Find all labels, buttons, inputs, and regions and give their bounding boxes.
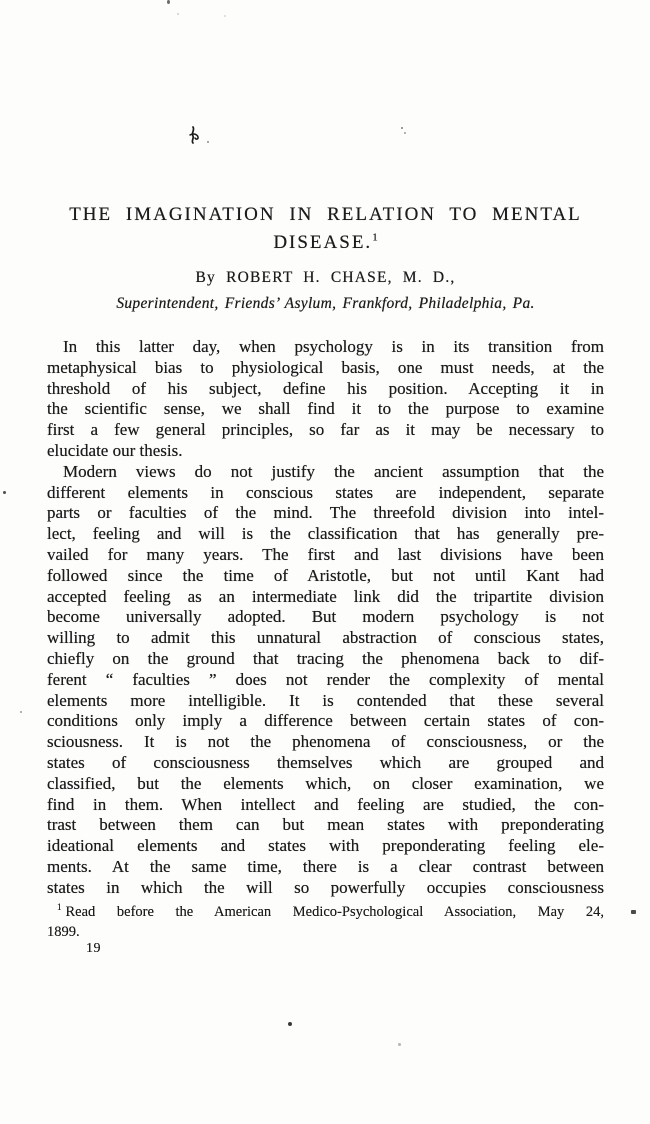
footnote-line: 1Read before the American Medico-Psychol…	[47, 902, 604, 922]
text-line: first a few general principles, so far a…	[47, 420, 604, 441]
ink-speck	[288, 1022, 292, 1026]
footnote: 1Read before the American Medico-Psychol…	[47, 902, 604, 942]
ink-speck	[398, 1043, 401, 1046]
footnote-marker: 1	[57, 902, 62, 912]
ink-speck	[207, 141, 209, 143]
text-line: conditions only imply a difference betwe…	[47, 711, 604, 732]
text-line: ferent “ faculties ” does not render the…	[47, 670, 604, 691]
text-line: threshold of his subject, define his pos…	[47, 379, 604, 400]
ink-speck	[224, 15, 226, 17]
footnote-line: 1899.	[47, 922, 604, 942]
page-number: 19	[86, 941, 101, 957]
text-line: parts or faculties of the mind. The thre…	[47, 503, 604, 524]
text-line: lect, feeling and will is the classifica…	[47, 524, 604, 545]
scanned-page: THE IMAGINATION IN RELATION TO MENTAL DI…	[0, 0, 650, 1124]
ink-speck	[167, 0, 170, 4]
text-line: states of consciousness themselves which…	[47, 753, 604, 774]
affiliation: Superintendent, Friends’ Asylum, Frankfo…	[47, 295, 604, 313]
footnote-reference-mark: 1	[372, 232, 378, 244]
text-line: the scientific sense, we shall find it t…	[47, 399, 604, 420]
ink-speck	[631, 910, 636, 914]
text-line: Modern views do not justify the ancient …	[47, 462, 604, 483]
text-line: followed since the time of Aristotle, bu…	[47, 566, 604, 587]
ink-speck	[404, 132, 406, 134]
text-line: find in them. When intellect and feeling…	[47, 795, 604, 816]
handwritten-ink-mark	[188, 126, 204, 144]
text-line: In this latter day, when psychology is i…	[47, 337, 604, 358]
text-line: trast between them can but mean states w…	[47, 815, 604, 836]
ink-speck	[3, 491, 6, 494]
article-body: In this latter day, when psychology is i…	[47, 337, 604, 899]
text-line: different elements in conscious states a…	[47, 483, 604, 504]
byline: By ROBERT H. CHASE, M. D.,	[47, 269, 604, 287]
page-title: THE IMAGINATION IN RELATION TO MENTAL DI…	[47, 201, 604, 257]
text-line: vailed for many years. The first and las…	[47, 545, 604, 566]
ink-speck	[177, 13, 179, 15]
text-line: elements more intelligible. It is conten…	[47, 691, 604, 712]
text-line: chiefly on the ground that tracing the p…	[47, 649, 604, 670]
text-line: become universally adopted. But modern p…	[47, 607, 604, 628]
footnote-text: Read before the American Medico-Psycholo…	[66, 904, 605, 920]
text-line: elucidate our thesis.	[47, 441, 604, 462]
text-line: willing to admit this unnatural abstract…	[47, 628, 604, 649]
text-line: sciousness. It is not the phenomena of c…	[47, 732, 604, 753]
title-line-1: THE IMAGINATION IN RELATION TO MENTAL	[69, 204, 582, 225]
text-line: ments. At the same time, there is a clea…	[47, 857, 604, 878]
text-line: classified, but the elements which, on c…	[47, 774, 604, 795]
ink-speck	[401, 127, 403, 129]
text-line: states in which the will so powerfully o…	[47, 878, 604, 899]
ink-speck	[20, 711, 22, 713]
title-line-2: DISEASE.1	[273, 232, 377, 253]
text-line: metaphysical bias to physiological basis…	[47, 358, 604, 379]
text-line: accepted feeling as an intermediate link…	[47, 587, 604, 608]
text-line: ideational elements and states with prep…	[47, 836, 604, 857]
